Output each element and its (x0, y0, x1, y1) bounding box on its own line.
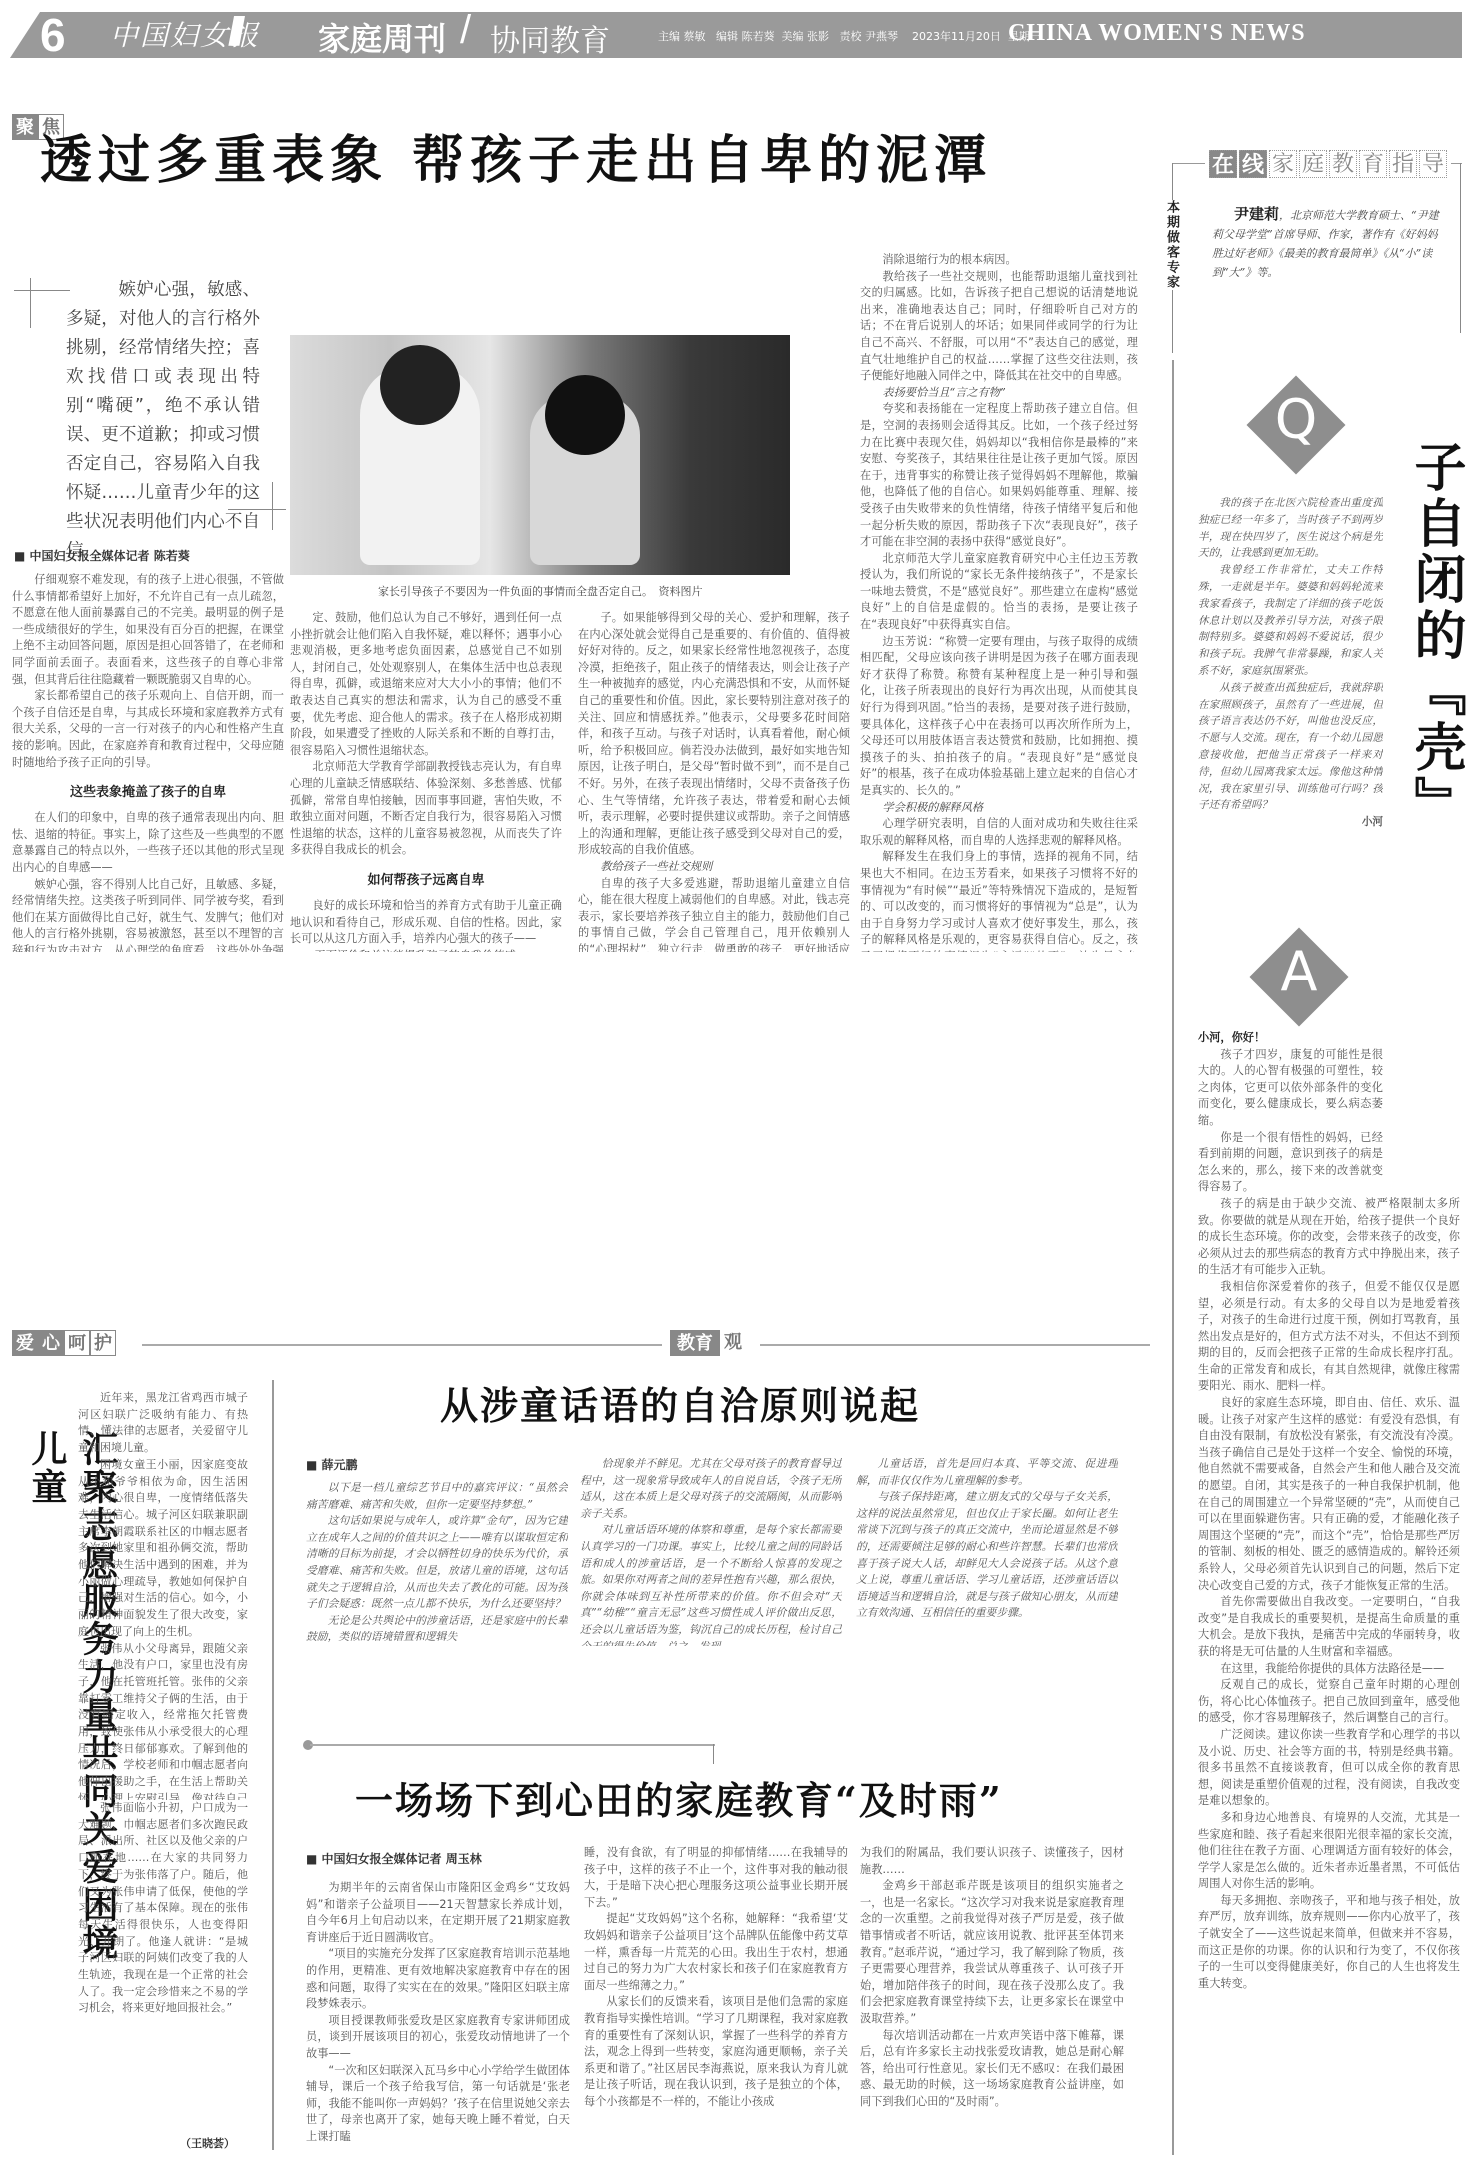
opinion-column-1: 以下是一档儿童综艺节目中的嘉宾评议：“虽然会痛苦磨难、痛苦和失败，但你一定要坚持… (306, 1480, 568, 1645)
paper-logo: 中国妇女报 (110, 14, 260, 54)
rain-column-1: 为期半年的云南省保山市隆阳区金鸡乡“艾玫妈妈”和谐亲子公益项目——21天智慧家长… (306, 1880, 570, 2160)
kai-subheading: 学会积极的解释风格 (860, 800, 1138, 817)
crosshair-decoration (228, 509, 286, 510)
question-asker: 小河 (1198, 814, 1383, 831)
focus-column-2: 定、鼓励，他们总认为自己不够好，遇到任何一点小挫折就会让他们陷入自我怀疑，难以释… (290, 610, 562, 952)
opinion-column-2: 恰现象并不鲜见。尤其在父母对孩子的教育督导过程中，这一现象常导致成年人的自说自话… (580, 1456, 842, 1646)
expert-bio: 尹建莉，北京师范大学教育硕士、“尹建莉父母学堂”首席导师、作家，著作有《好妈妈胜… (1212, 205, 1447, 282)
focus-column-1: 仔细观察不难发现，有的孩子上进心很强，不管做什么事情都希望好上加好，不允许自己有… (12, 572, 284, 952)
qa-headline: 用正确的爱，融化孩子自闭的『壳』 (1398, 440, 1472, 960)
care-divider (272, 1380, 274, 2150)
photo-figure-hair (380, 345, 460, 425)
subheading: 这些表象掩盖了孩子的自卑 (12, 781, 284, 800)
english-masthead: CHINA WOMEN'S NEWS (1008, 20, 1306, 47)
focus-byline: 中国妇女报全媒体记者 陈若葵 (14, 547, 190, 564)
focus-column-4: 消除退缩行为的根本病因。 教给孩子一些社交规则，也能帮助退缩儿童找到社交的归属感… (860, 252, 1138, 952)
rain-column-3: 为我们的附属品，我们要认识孩子、读懂孩子，因材施教…… 金鸡乡干部赵乖芹既是该项… (860, 1845, 1124, 2160)
expert-box-title: 在 线 家 庭 教 育 指 导 (1205, 150, 1451, 178)
focus-column-3: 子。如果能够得到父母的关心、爱护和理解，孩子在内心深处就会觉得自己是重要的、有价… (578, 610, 850, 952)
section-subtitle: 协同教育 (490, 16, 610, 60)
slash-decoration: /// (228, 10, 237, 55)
focus-lead: 嫉妒心强，敏感、多疑，对他人的言行格外挑剔，经常情绪失控；喜欢找借口或表现出特别… (66, 276, 260, 566)
section-separator: / (460, 8, 471, 53)
qa-divider (1172, 360, 1174, 2155)
editor-credits: 主编 蔡敏 编辑 陈若葵 美编 张影 责校 尹燕琴 2023年11月20日 星期… (658, 28, 1041, 44)
rain-column-2: 睡，没有食欲，有了明显的抑郁情绪……在我辅导的孩子中，这样的孩子不止一个，这件事… (584, 1845, 848, 2160)
qa-answer: 小河，你好！ 孩子才四岁，康复的可能性是很大的。人的心智有极强的可塑性，较之肉体… (1198, 1030, 1460, 2155)
rain-byline: 中国妇女报全媒体记者 周玉林 (306, 1850, 482, 1867)
rain-headline: 一场场下到心田的家庭教育“及时雨” (355, 1770, 1003, 1825)
crosshair-decoration (30, 278, 31, 328)
qa-question: 我的孩子在北医六院检查出重度孤独症已经一年多了，当时孩子不到两岁半，现在快四岁了… (1198, 495, 1383, 865)
opinion-headline: 从涉童话语的自洽原则说起 (440, 1375, 920, 1430)
answer-greeting: 小河，你好！ (1198, 1030, 1460, 1047)
expert-box-border-right (1460, 163, 1461, 333)
expert-side-label: 本期做客专家 (1162, 200, 1181, 290)
rain-rule (310, 1744, 715, 1746)
kai-subheading: 正面评价和关注能提升孩子的自我价值感 (290, 948, 562, 952)
care-body-upper: 近年来，黑龙江省鸡西市城子河区妇联广泛吸纳有能力、有热情、懂法律的志愿者，关爱留… (78, 1390, 248, 1800)
care-rule (142, 1344, 662, 1346)
question-icon: Q (1266, 388, 1326, 451)
opinion-column-3: 儿童话语，首先是回归本真、平等交流、促进理解，而非仅仅作为儿童理解的参考。 与孩… (856, 1456, 1118, 1646)
focus-headline: 透过多重表象 帮孩子走出自卑的泥潭 (40, 118, 992, 193)
care-tag: 爱 心 呵 护 (12, 1330, 116, 1356)
rain-rule-tick (713, 1744, 714, 1764)
opinion-rule (760, 1344, 1150, 1346)
page-number: 6 (40, 8, 66, 62)
care-body-lower: 张伟面临小升初，户口成为一大难题，巾帼志愿者们多次跑民政局、派出所、社区以及他父… (12, 1800, 248, 2130)
kai-subheading: 表扬要恰当且“言之有物” (860, 385, 1138, 402)
expert-name: 尹建莉 (1234, 205, 1279, 223)
crosshair-decoration (14, 290, 70, 291)
opinion-tag: 教育 观 (670, 1330, 746, 1356)
kai-subheading: 教给孩子一些社交规则 (578, 859, 850, 876)
photo-caption: 家长引导孩子不要因为一件负面的事情而全盘否定自己。 资料图片 (378, 583, 703, 599)
opinion-byline: 薛元鹏 (306, 1456, 358, 1473)
article-photo (290, 335, 790, 575)
care-author: （王晓荟） (180, 2135, 235, 2151)
crosshair-decoration (272, 482, 273, 530)
subheading: 如何帮孩子远离自卑 (290, 869, 562, 888)
section-title: 家庭周刊 (318, 14, 446, 60)
answer-icon: A (1269, 940, 1329, 1003)
photo-figure-child-hair (545, 375, 625, 455)
